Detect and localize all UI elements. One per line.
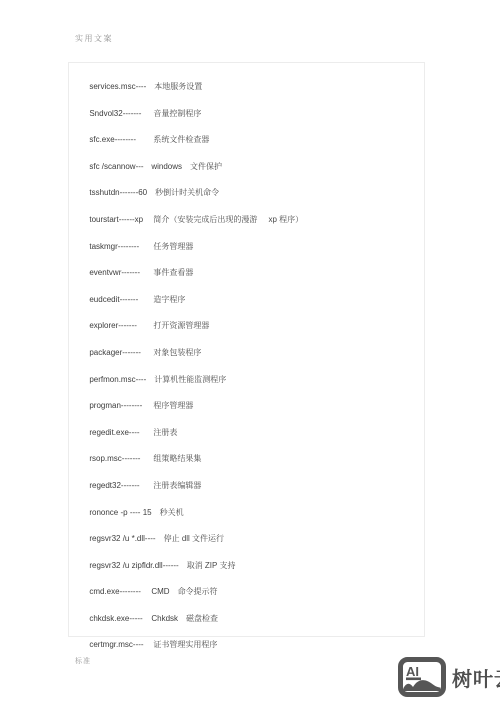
command-description: 简介（安装完成后出现的漫游 xp 程序）	[153, 215, 303, 224]
command-description: 系统文件检查器	[153, 135, 209, 144]
command-text: cmd.exe--------	[89, 587, 145, 596]
command-row: sfc /scannow---windows文件保护	[76, 152, 424, 179]
command-row: regsvr32 /u zipfldr.dll------取消 ZIP 支持	[76, 551, 424, 578]
command-arg: windows	[151, 162, 182, 171]
command-text: sfc /scannow---	[89, 162, 145, 171]
command-row: rsop.msc-------组策略结果集	[76, 444, 424, 471]
command-description: 秒关机	[160, 508, 184, 517]
content-box: services.msc----本地服务设置 Sndvol32-------音量…	[68, 62, 425, 637]
command-row: rononce -p ---- 15秒关机	[76, 498, 424, 525]
command-description: 音量控制程序	[153, 109, 201, 118]
command-description: 磁盘检查	[186, 614, 218, 623]
command-description: 事件查看器	[153, 268, 193, 277]
command-row: regedit.exe----注册表	[76, 418, 424, 445]
command-text: rsop.msc-------	[89, 454, 145, 463]
command-text: progman--------	[89, 401, 145, 410]
command-description: 打开资源管理器	[153, 321, 209, 330]
command-text: perfmon.msc----	[89, 375, 146, 384]
brand-logo: AI 树叶云	[398, 657, 500, 697]
command-description: 任务管理器	[153, 242, 193, 251]
command-description: 造字程序	[153, 295, 185, 304]
command-text: eudcedit-------	[89, 295, 145, 304]
command-description: 组策略结果集	[153, 454, 201, 463]
command-text: regsvr32 /u *.dll----	[89, 534, 155, 543]
command-description: 对象包装程序	[153, 348, 201, 357]
command-description: 秒倒计时关机命令	[155, 188, 219, 197]
command-description: 停止 dll 文件运行	[164, 534, 224, 543]
svg-text:AI: AI	[406, 664, 419, 679]
command-text: chkdsk.exe-----	[89, 614, 145, 623]
command-row: tourstart------xp简介（安装完成后出现的漫游 xp 程序）	[76, 205, 424, 232]
command-text: certmgr.msc----	[89, 640, 145, 649]
command-text: regedt32-------	[89, 481, 145, 490]
command-description: 本地服务设置	[154, 82, 202, 91]
command-row: tsshutdn-------60秒倒计时关机命令	[76, 178, 424, 205]
command-text: regsvr32 /u zipfldr.dll------	[89, 561, 178, 570]
command-row: explorer-------打开资源管理器	[76, 311, 424, 338]
command-row: eudcedit-------造字程序	[76, 285, 424, 312]
command-list: services.msc----本地服务设置 Sndvol32-------音量…	[69, 63, 424, 657]
document-page: 实用文案 services.msc----本地服务设置 Sndvol32----…	[0, 0, 500, 708]
command-text: taskmgr--------	[89, 242, 145, 251]
command-description: 取消 ZIP 支持	[187, 561, 236, 570]
command-text: explorer-------	[89, 321, 145, 330]
command-row: packager-------对象包装程序	[76, 338, 424, 365]
command-description: 文件保护	[190, 162, 222, 171]
command-row: Sndvol32-------音量控制程序	[76, 99, 424, 126]
command-description: 注册表编辑器	[153, 481, 201, 490]
command-description: 命令提示符	[178, 587, 218, 596]
command-description: 计算机性能监测程序	[154, 375, 226, 384]
command-row: regedt32-------注册表编辑器	[76, 471, 424, 498]
command-description: 注册表	[153, 428, 177, 437]
command-text: sfc.exe--------	[89, 135, 145, 144]
command-row: certmgr.msc----证书管理实用程序	[76, 630, 424, 657]
ai-image-icon: AI	[398, 657, 446, 697]
page-header: 实用文案	[75, 33, 113, 44]
command-row: eventvwr-------事件查看器	[76, 258, 424, 285]
command-row: taskmgr--------任务管理器	[76, 232, 424, 259]
command-text: tsshutdn-------60	[89, 188, 147, 197]
command-arg: Chkdsk	[151, 614, 178, 623]
command-text: rononce -p ---- 15	[89, 508, 151, 517]
command-row: perfmon.msc----计算机性能监测程序	[76, 365, 424, 392]
command-text: packager-------	[89, 348, 145, 357]
command-row: regsvr32 /u *.dll----停止 dll 文件运行	[76, 524, 424, 551]
command-row: services.msc----本地服务设置	[76, 72, 424, 99]
page-footer: 标准	[75, 656, 91, 666]
command-text: Sndvol32-------	[89, 109, 145, 118]
command-arg: CMD	[151, 587, 169, 596]
command-row: cmd.exe--------CMD命令提示符	[76, 577, 424, 604]
command-description: 程序管理器	[153, 401, 193, 410]
command-row: chkdsk.exe-----Chkdsk磁盘检查	[76, 604, 424, 631]
command-row: progman--------程序管理器	[76, 391, 424, 418]
command-description: 证书管理实用程序	[153, 640, 217, 649]
command-row: sfc.exe--------系统文件检查器	[76, 125, 424, 152]
command-text: tourstart------xp	[89, 215, 145, 224]
brand-name: 树叶云	[452, 663, 500, 692]
command-text: eventvwr-------	[89, 268, 145, 277]
command-text: regedit.exe----	[89, 428, 145, 437]
command-text: services.msc----	[89, 82, 146, 91]
